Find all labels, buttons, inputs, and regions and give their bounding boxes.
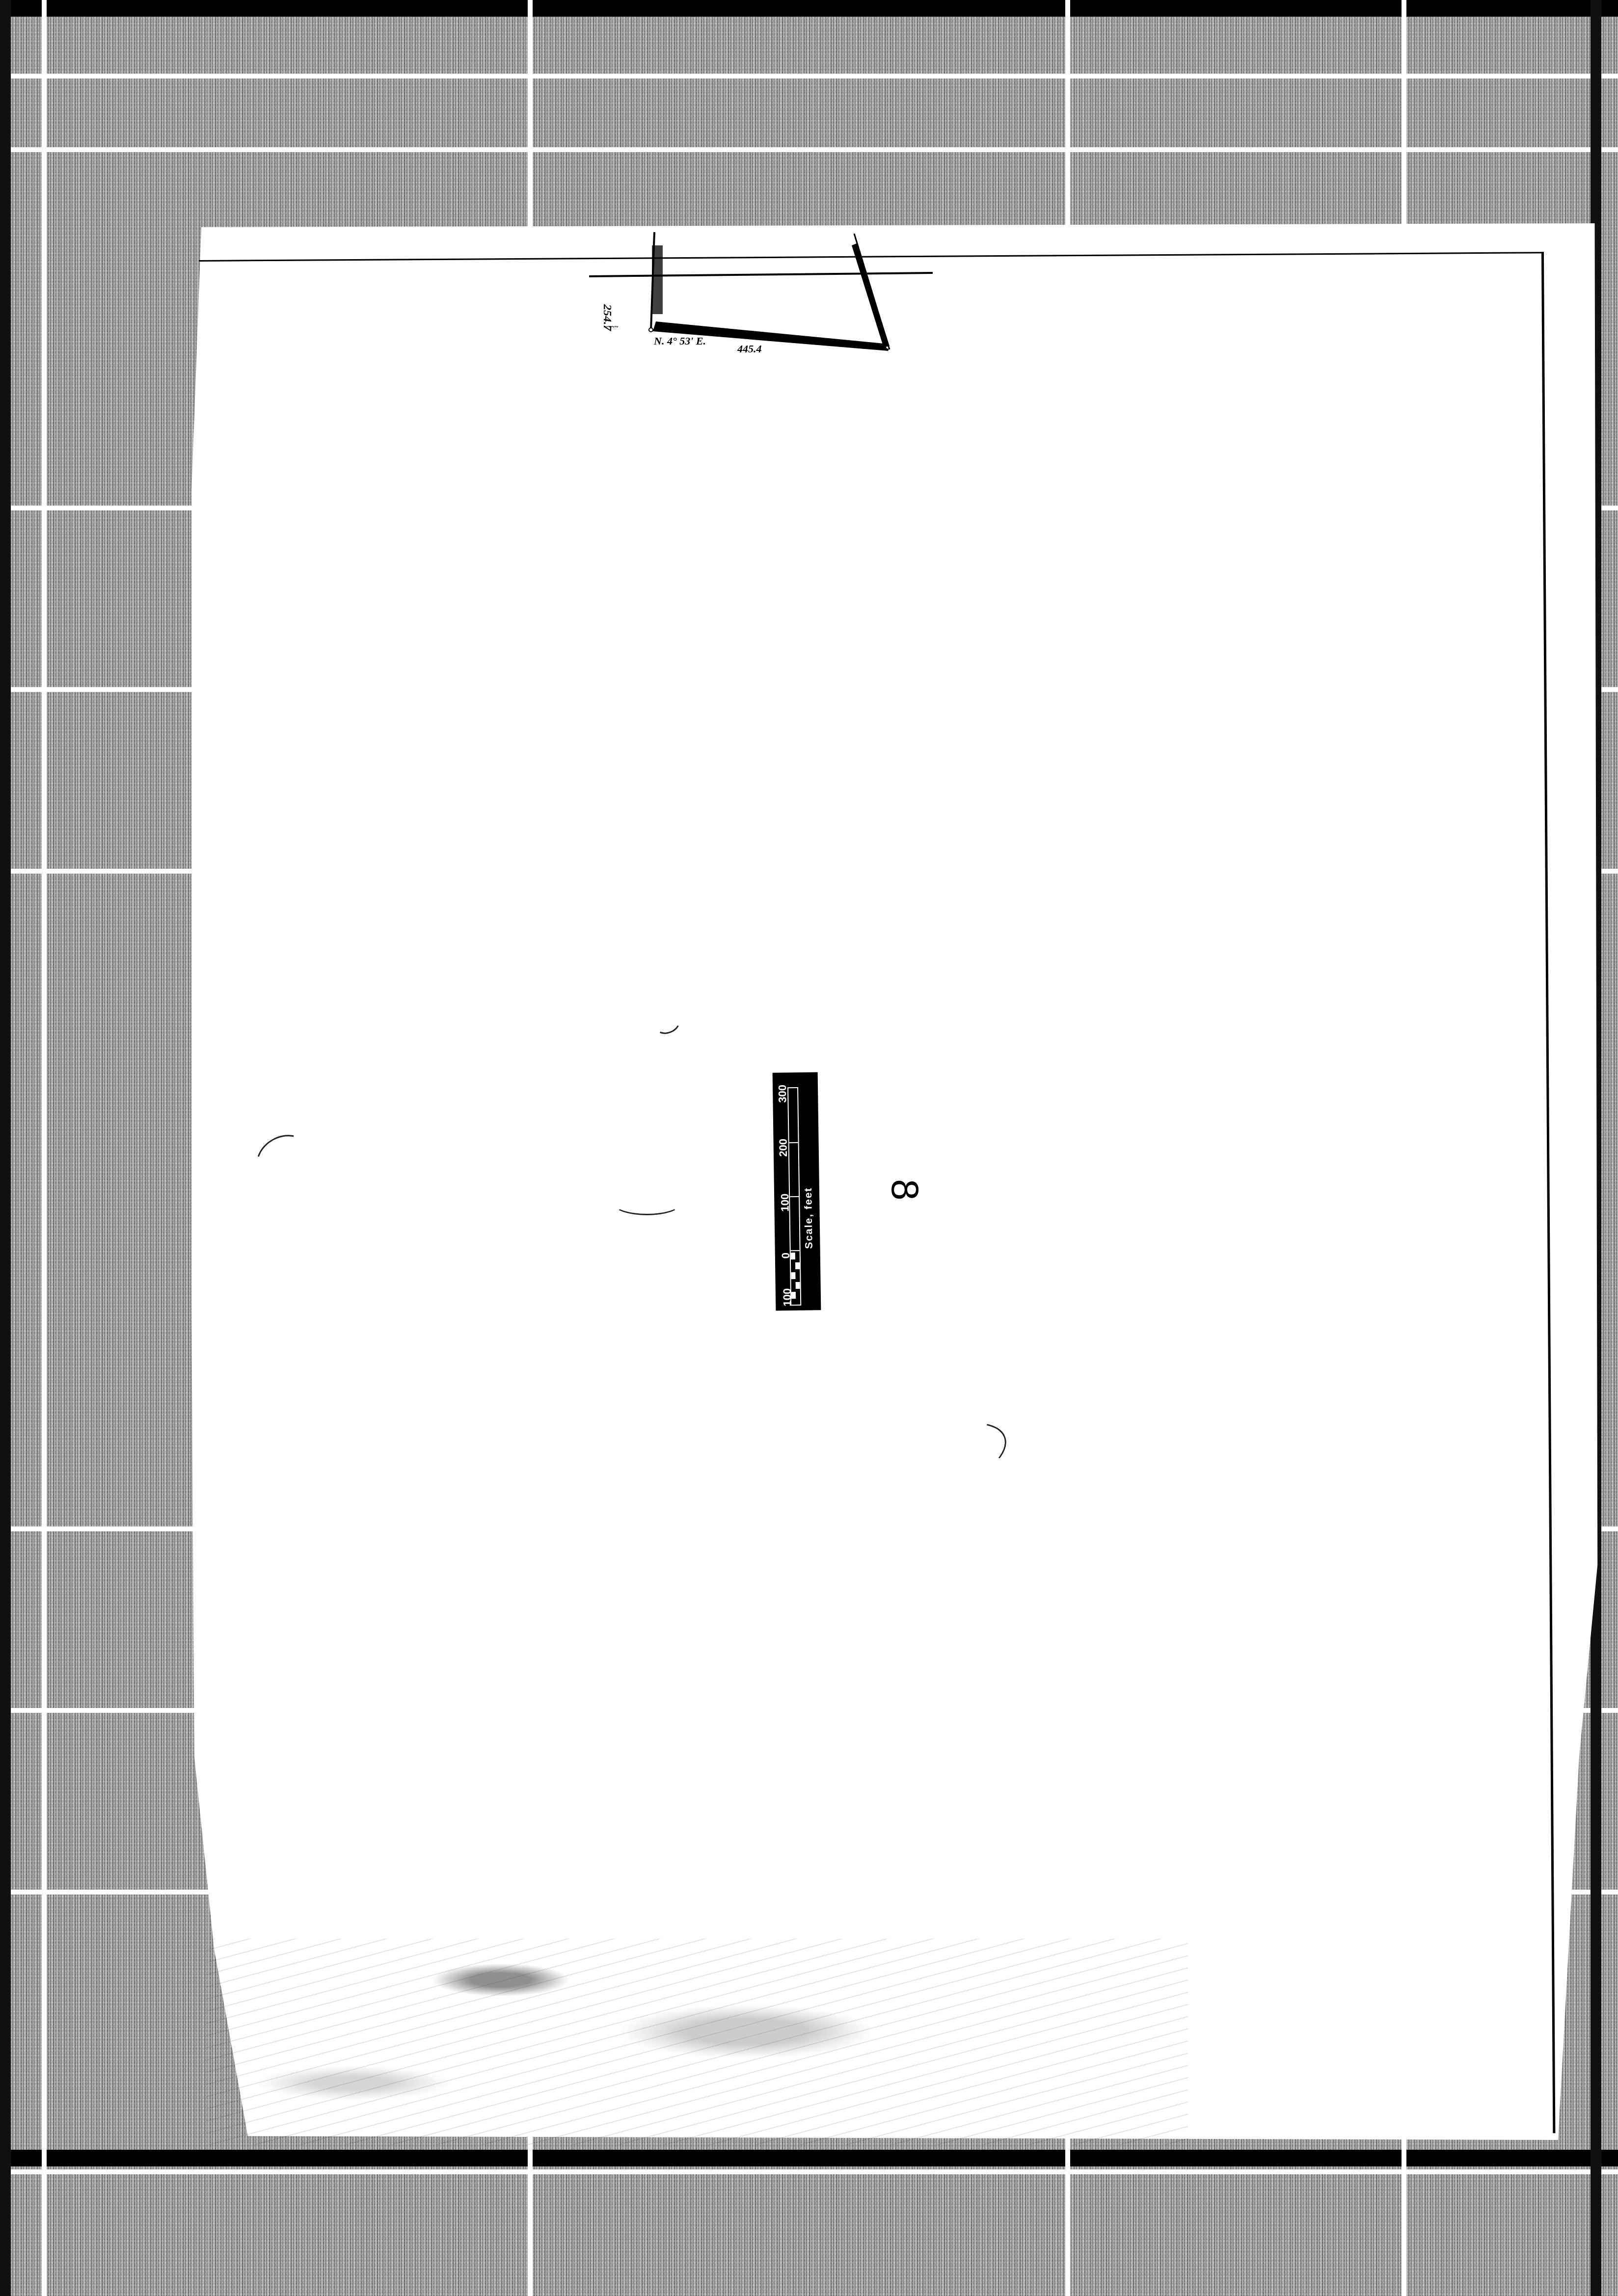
map-neatline (199, 252, 1555, 2141)
scanner-grid-line (0, 147, 1618, 152)
scale-tick-label: 100 (779, 1190, 792, 1215)
scanner-top-edge (0, 0, 1618, 17)
corner-label: ~~~~ (604, 323, 619, 330)
scale-caption: Scale, feet (803, 1187, 815, 1249)
survey-plot: N. 4° 53' E. 445.4 254.7 ~~~~ (589, 221, 933, 378)
sheet-number: 8 (886, 1179, 924, 1200)
scanner-left-edge (0, 0, 11, 2296)
distance-label-long: 445.4 (737, 343, 762, 355)
scale-tick-label: 100 (781, 1284, 794, 1310)
scanner-grid-line (0, 74, 1618, 79)
scanner-grid-line (0, 2169, 1618, 2174)
scanner-bottom-shadow (0, 2150, 1618, 2166)
water-damage-stain (206, 1939, 1188, 2145)
scale-tick-label: 0 (779, 1243, 792, 1268)
bearing-label: N. 4° 53' E. (654, 335, 706, 347)
scale-tick-label: 300 (776, 1081, 789, 1106)
scale-bar: 300 200 100 0 100 Scale, feet (773, 1072, 821, 1310)
scale-tick-label: 200 (777, 1135, 790, 1160)
scratch-mark (614, 1193, 680, 1215)
scanner-grid-line (42, 0, 47, 2296)
